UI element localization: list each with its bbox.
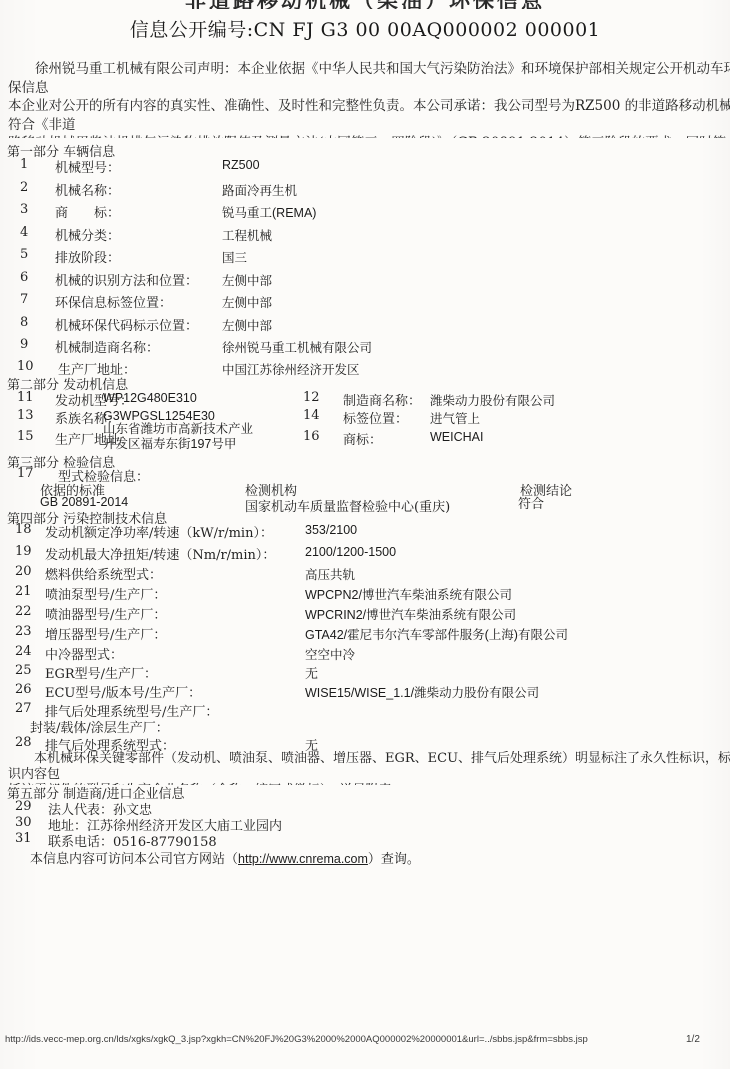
row-number: 25 [15, 663, 32, 678]
company-website-url: http://www.cnrema.com [238, 852, 368, 866]
row-number: 16 [303, 429, 320, 444]
row-label: 机械名称： [55, 180, 120, 199]
row-value: 潍柴动力股份有限公司 [430, 391, 555, 409]
row-label: 机械型号： [55, 157, 120, 176]
row-number: 1 [20, 157, 28, 172]
inspection-standard-value: GB 20891-2014 [40, 495, 128, 509]
clipped-document-title: 非道路移动机械（柴油）环保信息 [0, 0, 730, 9]
row-value: 锐马重工(REMA) [222, 203, 316, 221]
row-label: 增压器型号/生产厂： [45, 624, 166, 643]
row-number: 12 [303, 390, 320, 405]
row-number: 20 [15, 564, 32, 579]
row-label: 中冷器型式： [45, 644, 123, 663]
row-number: 24 [15, 644, 32, 659]
row-number: 2 [20, 180, 28, 195]
row-number: 19 [15, 544, 32, 559]
row-number: 7 [20, 292, 28, 307]
row-value: 2100/1200-1500 [305, 545, 396, 559]
row-label: 标签位置： [343, 408, 408, 427]
row-label: 机械制造商名称： [55, 337, 159, 356]
row-value: G3WPGSL1254E30 [103, 409, 215, 423]
page-indicator: 1/2 [686, 1034, 700, 1045]
row-value: WPCPN2/博世汽车柴油系统有限公司 [305, 585, 512, 603]
row-value: 左侧中部 [222, 316, 272, 334]
row-number: 3 [20, 202, 28, 217]
row-value: WEICHAI [430, 430, 483, 444]
row-number: 8 [20, 315, 28, 330]
row-value: 工程机械 [222, 226, 272, 244]
row-label: 商标： [343, 429, 382, 448]
row-label: ECU型号/版本号/生产厂： [45, 682, 201, 701]
row-label: 排放阶段： [55, 247, 120, 266]
row-number: 23 [15, 624, 32, 639]
row-number: 28 [15, 735, 32, 750]
row-label: 机械的识别方法和位置： [55, 270, 198, 289]
row-number: 15 [17, 429, 34, 444]
row-value: GTA42/霍尼韦尔汽车零部件服务(上海)有限公司 [305, 625, 568, 643]
row-value: 中国江苏徐州经济开发区 [222, 360, 360, 378]
disclosure-number: 信息公开编号:CN FJ G3 00 00AQ000002 000001 [0, 15, 730, 42]
row-value: 高压共轨 [305, 565, 355, 583]
key-parts-note: 本机械环保关键零部件（发动机、喷油泵、喷油器、增压器、EGR、ECU、排气后处理… [8, 751, 730, 785]
row-label: 商 标： [55, 202, 120, 221]
website-line-suffix: ）查询。 [368, 852, 420, 867]
scanned-document-page: 非道路移动机械（柴油）环保信息 信息公开编号:CN FJ G3 00 00AQ0… [0, 0, 730, 1069]
row-number: 30 [15, 815, 32, 830]
row-number: 5 [20, 247, 28, 262]
row-label: 发动机最大净扭矩/转速（Nm/r/min）： [45, 544, 275, 563]
row-number: 26 [15, 682, 32, 697]
row-value: 路面冷再生机 [222, 181, 297, 199]
row-value: 左侧中部 [222, 271, 272, 289]
row-number: 13 [17, 408, 34, 423]
clipped-title-text: 非道路移动机械（柴油）环保信息 [0, 0, 730, 9]
row-number: 6 [20, 270, 28, 285]
row-number: 17 [17, 466, 34, 481]
row-value: 无 [305, 663, 318, 682]
row-label: 燃料供给系统型式： [45, 564, 162, 583]
row-value: 山东省潍坊市高新技术产业 开发区福寿东街197号甲 [103, 422, 253, 452]
row-number: 29 [15, 799, 32, 814]
row-number: 9 [20, 337, 28, 352]
row-label: 喷油器型号/生产厂： [45, 604, 166, 623]
row-number: 21 [15, 584, 32, 599]
row-number: 31 [15, 831, 32, 846]
declaration-paragraph: 徐州锐马重工机械有限公司声明：本企业依据《中华人民共和国大气污染防治法》和环境保… [8, 60, 730, 138]
row-label: 机械环保代码标示位置： [55, 315, 198, 334]
website-line: 本信息内容可访问本公司官方网站（http://www.cnrema.com）查询… [30, 848, 420, 867]
row-value: WISE15/WISE_1.1/潍柴动力股份有限公司 [305, 683, 539, 701]
row-value: 左侧中部 [222, 293, 272, 311]
row-value: WPCRIN2/博世汽车柴油系统有限公司 [305, 605, 516, 623]
row-value: 353/2100 [305, 523, 357, 537]
row-value: 国三 [222, 248, 247, 266]
row-value: 徐州锐马重工机械有限公司 [222, 338, 372, 356]
inspection-result-value: 符合 [518, 493, 544, 512]
row-number: 22 [15, 604, 32, 619]
row-number: 10 [17, 359, 34, 374]
row-number: 18 [15, 522, 32, 537]
row-number: 11 [17, 390, 34, 405]
row-value: 空空中冷 [305, 645, 355, 663]
inspection-agency-value: 国家机动车质量监督检验中心(重庆) [245, 496, 450, 515]
row-label: 喷油泵型号/生产厂： [45, 584, 166, 603]
row-label: 封装/载体/涂层生产厂： [30, 717, 169, 736]
row-value: WP12G480E310 [103, 391, 197, 405]
row-label: 环保信息标签位置： [55, 292, 172, 311]
row-label: EGR型号/生产厂： [45, 663, 157, 682]
row-number: 27 [15, 701, 32, 716]
row-value: 进气管上 [430, 409, 480, 427]
row-number: 4 [20, 225, 28, 240]
row-label: 机械分类： [55, 225, 120, 244]
row-value: RZ500 [222, 158, 260, 172]
row-number: 14 [303, 408, 320, 423]
website-line-prefix: 本信息内容可访问本公司官方网站（ [30, 852, 238, 867]
print-footer-url: http://ids.vecc-mep.org.cn/lds/xgks/xgkQ… [5, 1034, 588, 1045]
row-label: 发动机额定净功率/转速（kW/r/min）： [45, 522, 273, 541]
row-label: 制造商名称： [343, 390, 421, 409]
